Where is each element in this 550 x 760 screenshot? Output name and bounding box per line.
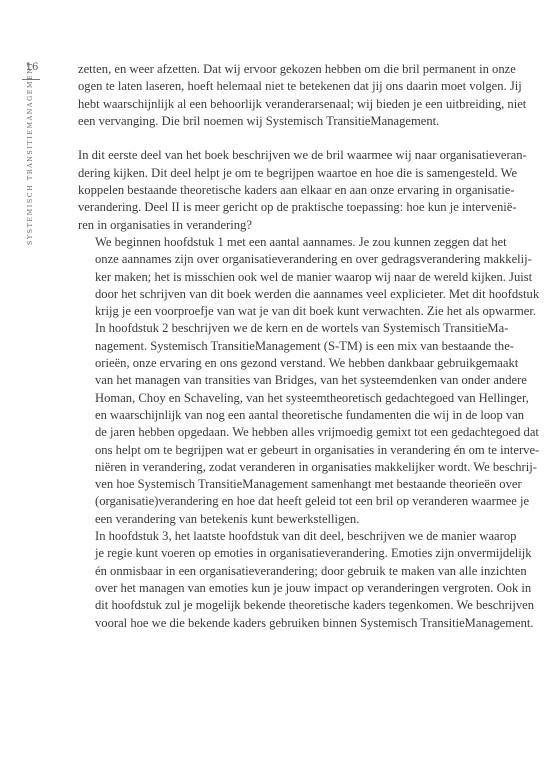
text-line: ons helpt om te begrijpen wat er gebeurt…: [78, 442, 492, 459]
paragraph: In hoofdstuk 3, het laatste hoofdstuk va…: [78, 528, 492, 632]
text-line: ren in organisaties in verandering?: [78, 217, 492, 234]
text-line: zetten, en weer afzetten. Dat wij ervoor…: [78, 61, 492, 78]
text-line: dit hoofdstuk zul je mogelijk bekende th…: [78, 597, 492, 614]
text-line: In hoofdstuk 3, het laatste hoofdstuk va…: [78, 528, 492, 545]
paragraph: In hoofdstuk 2 beschrijven we de kern en…: [78, 320, 492, 528]
text-line: We beginnen hoofdstuk 1 met een aantal a…: [78, 234, 492, 251]
text-line: dering kijken. Dit deel helpt je om te b…: [78, 165, 492, 182]
text-line: orieën, onze ervaring en ons gezond vers…: [78, 355, 492, 372]
text-line: door het schrijven van dit boek werden d…: [78, 286, 492, 303]
paragraph: We beginnen hoofdstuk 1 met een aantal a…: [78, 234, 492, 320]
text-line: onze aannames zijn over organisatieveran…: [78, 251, 492, 268]
paragraph: zetten, en weer afzetten. Dat wij ervoor…: [78, 61, 492, 130]
text-line: koppelen bestaande theoretische kaders a…: [78, 182, 492, 199]
text-line: nagement. Systemisch TransitieManagement…: [78, 338, 492, 355]
text-line: een vervanging. Die bril noemen wij Syst…: [78, 113, 492, 130]
text-line: een verandering van betekenis kunt bewer…: [78, 511, 492, 528]
text-line: In hoofdstuk 2 beschrijven we de kern en…: [78, 320, 492, 337]
book-page: 16 Systemisch TransitieManagement zetten…: [0, 0, 550, 760]
text-line: hebt waarschijnlijk al een behoorlijk ve…: [78, 96, 492, 113]
body-text: zetten, en weer afzetten. Dat wij ervoor…: [78, 61, 492, 632]
text-line: krijg je een voorproefje van wat je van …: [78, 303, 492, 320]
text-line: Homan, Choy en Schaveling, van het syste…: [78, 390, 492, 407]
text-line: verandering. Deel II is meer gericht op …: [78, 199, 492, 216]
text-line: niëren in verandering, zodat veranderen …: [78, 459, 492, 476]
text-line: ven hoe Systemisch TransitieManagement s…: [78, 476, 492, 493]
text-line: en waarschijnlijk van nog een aantal the…: [78, 407, 492, 424]
text-line: vooral hoe we die bekende kaders gebruik…: [78, 615, 492, 632]
text-line: je regie kunt voeren op emoties in organ…: [78, 545, 492, 562]
text-line: In dit eerste deel van het boek beschrij…: [78, 147, 492, 164]
text-line: ker maken; het is misschien ook wel de m…: [78, 269, 492, 286]
text-line: (organisatie)verandering en hoe dat heef…: [78, 493, 492, 510]
text-line: ogen te laten laseren, hoeft helemaal ni…: [78, 78, 492, 95]
running-head: Systemisch TransitieManagement: [26, 61, 34, 245]
text-line: van het managen van transities van Bridg…: [78, 372, 492, 389]
text-line: de jaren hebben opgedaan. We hebben alle…: [78, 424, 492, 441]
paragraph: In dit eerste deel van het boek beschrij…: [78, 147, 492, 233]
text-line: over het managen van emoties kun je jouw…: [78, 580, 492, 597]
text-line: én onmisbaar in een organisatieveranderi…: [78, 563, 492, 580]
